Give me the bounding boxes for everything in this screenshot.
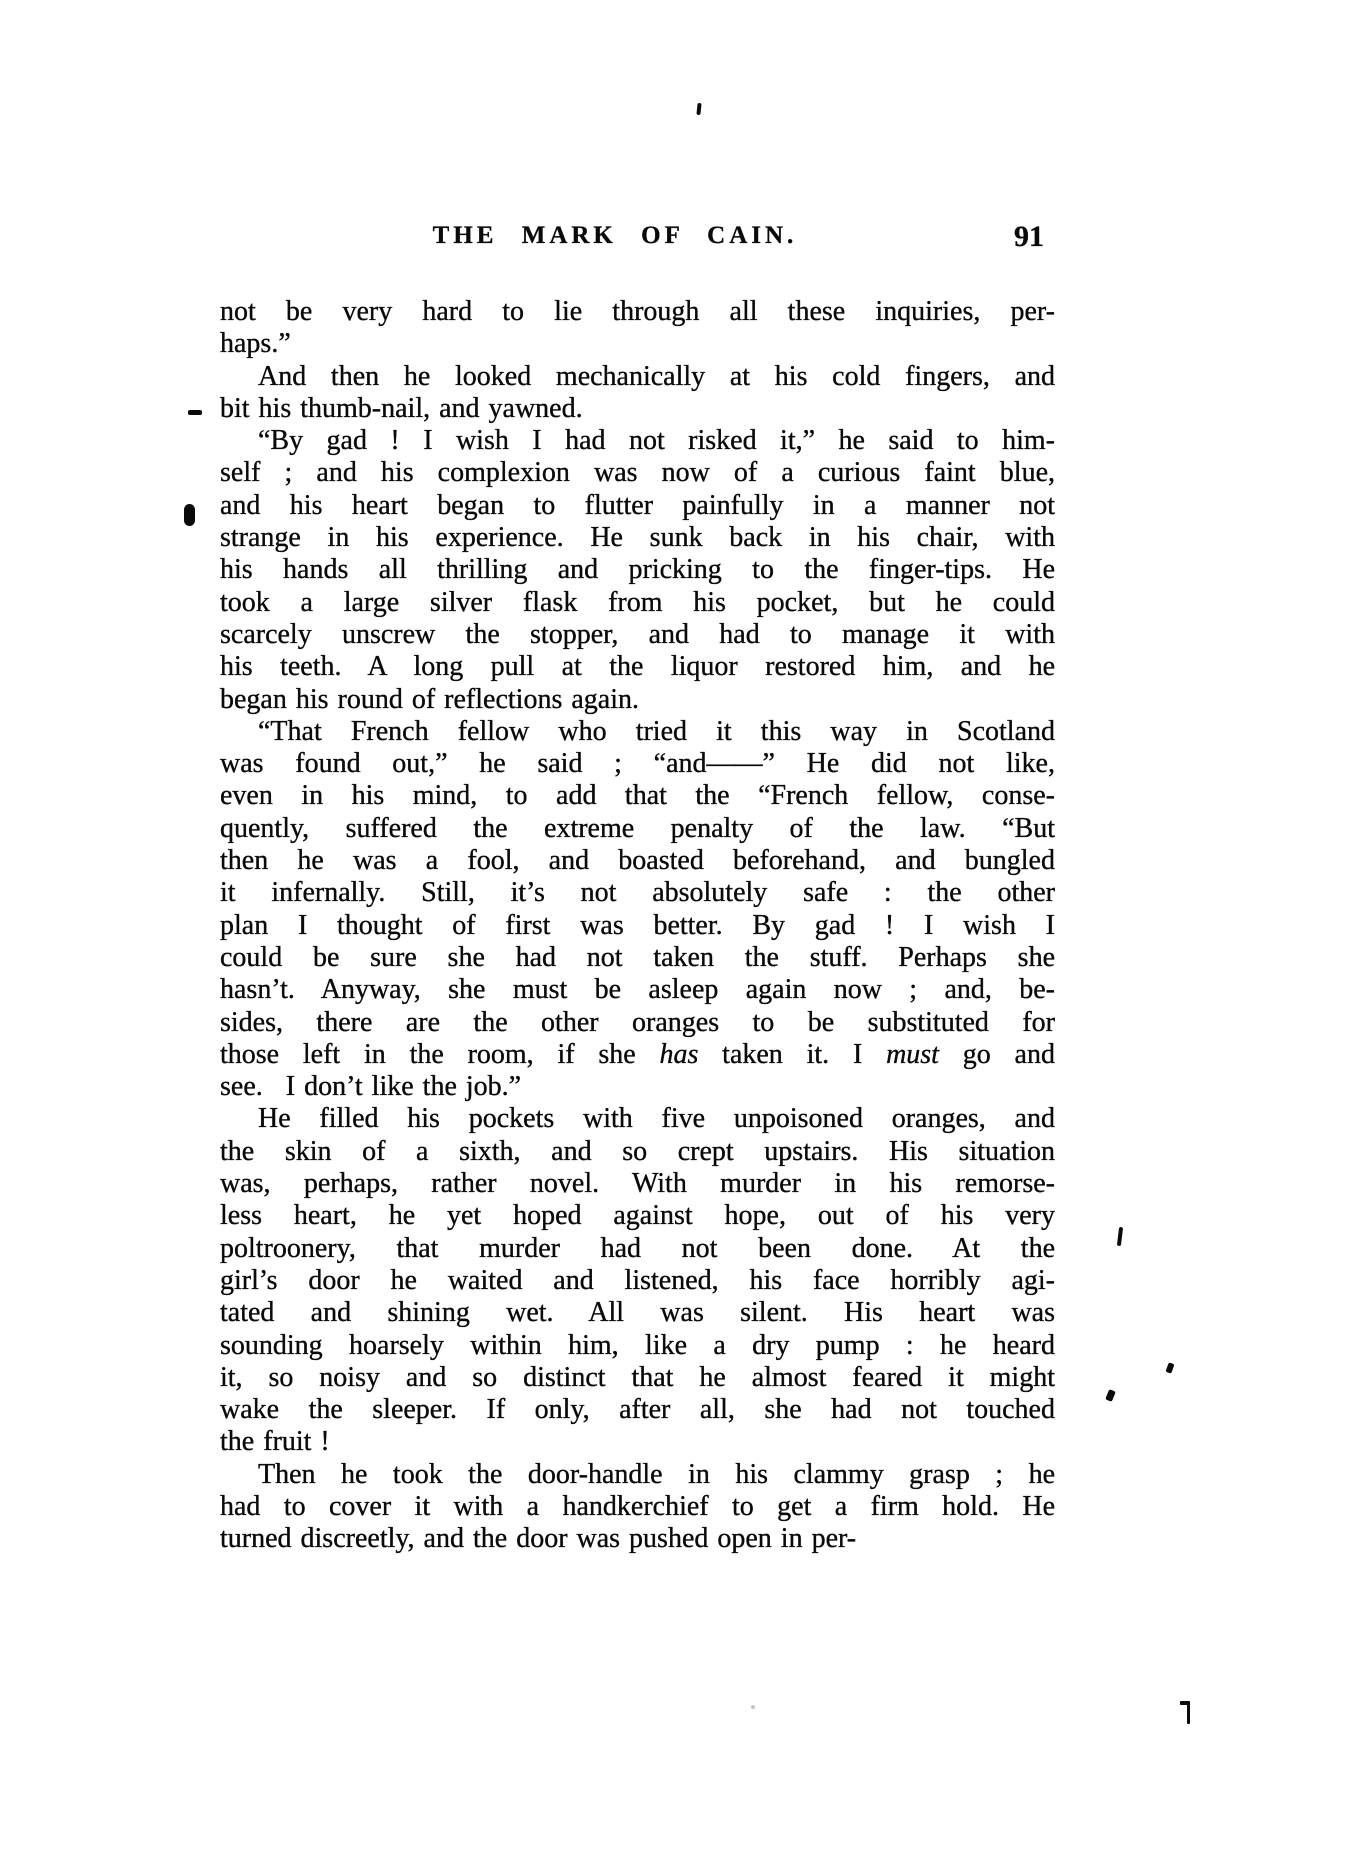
text-line: scarcely unscrew the stopper, and had to…: [220, 619, 1055, 651]
text-line: those left in the room, if she has taken…: [220, 1039, 1055, 1071]
text-line: “That French fellow who tried it this wa…: [220, 716, 1055, 748]
text-line: sounding hoarsely within him, like a dry…: [220, 1330, 1055, 1362]
body-text: not be very hard to lie through all thes…: [220, 296, 1055, 1556]
page-number: 91: [1014, 220, 1044, 254]
text-line: self ; and his complexion was now of a c…: [220, 457, 1055, 489]
text-line: Then he took the door-handle in his clam…: [220, 1459, 1055, 1491]
text-line: turned discreetly, and the door was push…: [220, 1523, 1055, 1555]
text-line: began his round of reflections again.: [220, 684, 1055, 716]
text-line: the fruit !: [220, 1426, 1055, 1458]
book-page-scan: THE MARK OF CAIN. 91 not be very hard to…: [0, 0, 1355, 1851]
ink-slash-right-margin: [1117, 1227, 1123, 1246]
text-line: bit his thumb-nail, and yawned.: [220, 393, 1055, 425]
text-line: wake the sleeper. If only, after all, sh…: [220, 1394, 1055, 1426]
text-line: not be very hard to lie through all thes…: [220, 296, 1055, 328]
text-line: less heart, he yet hoped against hope, o…: [220, 1200, 1055, 1232]
text-line: poltroonery, that murder had not been do…: [220, 1233, 1055, 1265]
text-line: And then he looked mechanically at his c…: [220, 361, 1055, 393]
text-line: his teeth. A long pull at the liquor res…: [220, 651, 1055, 683]
text-line: quently, suffered the extreme penalty of…: [220, 813, 1055, 845]
ink-tick-right-lower: [1105, 1389, 1116, 1402]
text-line: hasn’t. Anyway, she must be asleep again…: [220, 974, 1055, 1006]
text-line: He filled his pockets with five unpoison…: [220, 1103, 1055, 1135]
text-line: plan I thought of first was better. By g…: [220, 910, 1055, 942]
text-line: was, perhaps, rather novel. With murder …: [220, 1168, 1055, 1200]
ink-tick-top-center: [696, 103, 701, 115]
text-line: then he was a fool, and boasted beforeha…: [220, 845, 1055, 877]
text-line: could be sure she had not taken the stuf…: [220, 942, 1055, 974]
ink-tick-right-upper: [1165, 1362, 1174, 1373]
text-line: even in his mind, to add that the “Frenc…: [220, 780, 1055, 812]
text-line: his hands all thrilling and pricking to …: [220, 554, 1055, 586]
text-line: was found out,” he said ; “and——” He did…: [220, 748, 1055, 780]
text-line: haps.”: [220, 328, 1055, 360]
text-line: girl’s door he waited and listened, his …: [220, 1265, 1055, 1297]
text-line: the skin of a sixth, and so crept upstai…: [220, 1136, 1055, 1168]
ink-dash-left-margin: [188, 410, 202, 415]
ink-speck-bottom-center: [751, 1705, 755, 1709]
text-line: it infernally. Still, it’s not absolutel…: [220, 877, 1055, 909]
text-line: “By gad ! I wish I had not risked it,” h…: [220, 425, 1055, 457]
text-line: had to cover it with a handkerchief to g…: [220, 1491, 1055, 1523]
text-line: sides, there are the other oranges to be…: [220, 1007, 1055, 1039]
text-line: and his heart began to flutter painfully…: [220, 490, 1055, 522]
text-line: see. I don’t like the job.”: [220, 1071, 1055, 1103]
ink-bracket-bottom-right-stem: [1187, 1702, 1190, 1724]
page-title: THE MARK OF CAIN.: [433, 222, 798, 249]
running-header: THE MARK OF CAIN.: [220, 222, 1010, 250]
text-line: took a large silver flask from his pocke…: [220, 587, 1055, 619]
ink-blob-left-margin: [184, 504, 195, 526]
text-line: tated and shining wet. All was silent. H…: [220, 1297, 1055, 1329]
text-line: strange in his experience. He sunk back …: [220, 522, 1055, 554]
text-line: it, so noisy and so distinct that he alm…: [220, 1362, 1055, 1394]
